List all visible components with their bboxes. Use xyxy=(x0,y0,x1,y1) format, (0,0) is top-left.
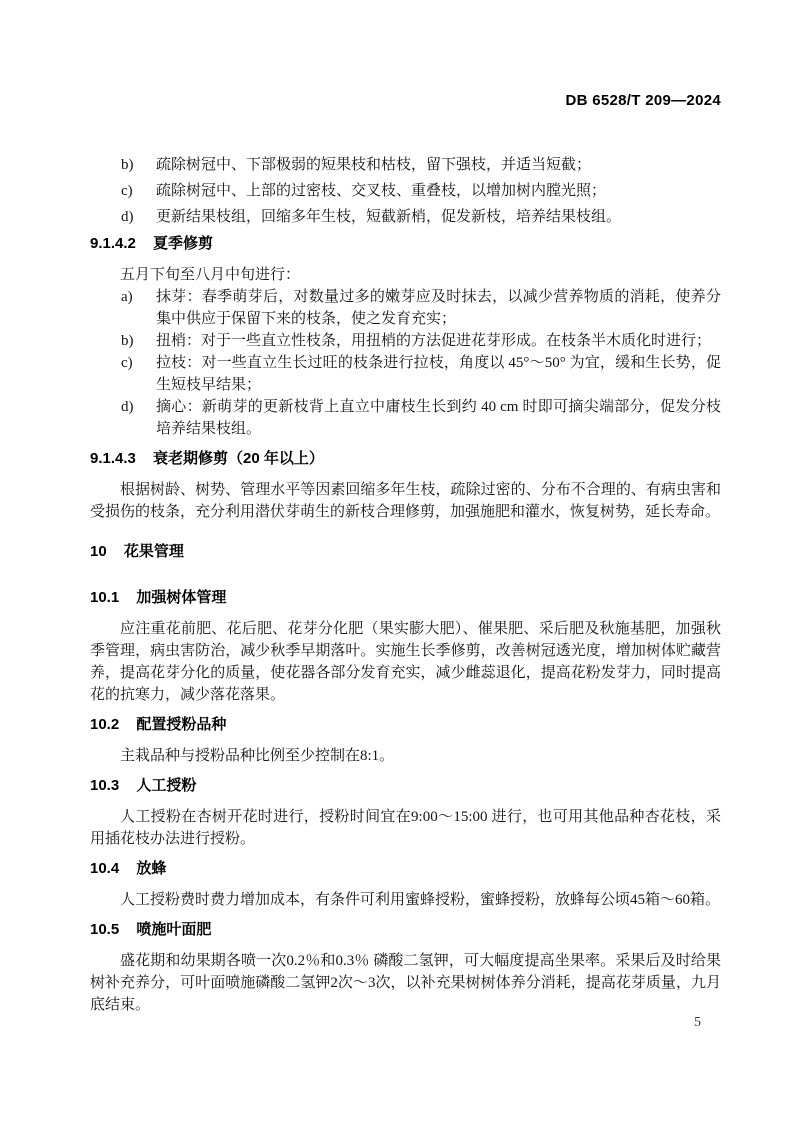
hand-pollination-paragraph: 人工授粉在杏树开花时进行，授粉时间宜在9:00～15:00 进行，也可用其他品种… xyxy=(90,806,721,850)
tree-management-paragraph: 应注重花前肥、花后肥、花芽分化肥（果实膨大肥）、催果肥、采后肥及秋施基肥，加强秋… xyxy=(90,618,721,706)
section-number: 9.1.4.2 xyxy=(90,235,136,252)
section-number: 9.1.4.3 xyxy=(90,450,136,467)
section-title: 配置授粉品种 xyxy=(136,716,226,733)
section-title: 加强树体管理 xyxy=(136,589,226,606)
section-9-1-4-3-heading: 9.1.4.3 衰老期修剪（20 年以上） xyxy=(90,448,721,470)
foliar-fertilizer-paragraph: 盛花期和幼果期各喷一次0.2％和0.3％ 磷酸二氢钾，可大幅度提高坐果率。采果后… xyxy=(90,950,721,1016)
section-title: 衰老期修剪（20 年以上） xyxy=(153,450,324,467)
list-item: d) 摘心：新萌芽的更新枝背上直立中庸枝生长到约 40 cm 时即可摘尖端部分，… xyxy=(90,396,721,440)
summer-pruning-list: a) 抹芽：春季萌芽后，对数量过多的嫩芽应及时抹去，以减少营养物质的消耗，使养分… xyxy=(90,286,721,440)
list-item-label: c) xyxy=(121,180,133,202)
list-item: b) 疏除树冠中、下部极弱的短果枝和枯枝，留下强枝，并适当短截； xyxy=(90,154,721,176)
senescent-pruning-paragraph: 根据树龄、树势、管理水平等因素回缩多年生枝，疏除过密的、分布不合理的、有病虫害和… xyxy=(90,479,721,523)
list-item-label: d) xyxy=(121,396,134,418)
section-9-1-4-2-heading: 9.1.4.2 夏季修剪 xyxy=(90,233,721,255)
list-item-text: 摘心：新萌芽的更新枝背上直立中庸枝生长到约 40 cm 时即可摘尖端部分，促发分… xyxy=(156,399,721,437)
section-title: 喷施叶面肥 xyxy=(136,921,211,938)
list-item-text: 拉枝：对一些直立生长过旺的枝条进行拉枝，角度以 45°～50° 为宜，缓和生长势… xyxy=(156,355,721,393)
autumn-winter-pruning-list: b) 疏除树冠中、下部极弱的短果枝和枯枝，留下强枝，并适当短截； c) 疏除树冠… xyxy=(90,154,721,228)
section-10-2-heading: 10.2 配置授粉品种 xyxy=(90,714,721,736)
page-number: 5 xyxy=(694,1012,701,1034)
list-item: b) 扭梢：对于一些直立性枝条，用扭梢的方法促进花芽形成。在枝条半木质化时进行； xyxy=(90,330,721,352)
summer-pruning-intro: 五月下旬至八月中旬进行： xyxy=(90,264,721,286)
list-item: d) 更新结果枝组，回缩多年生枝，短截新梢，促发新枝，培养结果枝组。 xyxy=(90,206,721,228)
list-item-label: c) xyxy=(121,352,133,374)
list-item-text: 疏除树冠中、上部的过密枝、交叉枝、重叠枝，以增加树内膛光照； xyxy=(156,183,606,199)
list-item-label: a) xyxy=(121,286,133,308)
section-10-3-heading: 10.3 人工授粉 xyxy=(90,775,721,797)
list-item: a) 抹芽：春季萌芽后，对数量过多的嫩芽应及时抹去，以减少营养物质的消耗，使养分… xyxy=(90,286,721,330)
section-title: 人工授粉 xyxy=(136,777,196,794)
section-number: 10.3 xyxy=(90,777,119,794)
list-item-label: b) xyxy=(121,330,134,352)
list-item-text: 抹芽：春季萌芽后，对数量过多的嫩芽应及时抹去，以减少营养物质的消耗，使养分集中供… xyxy=(156,289,721,327)
section-number: 10.5 xyxy=(90,921,119,938)
list-item-label: d) xyxy=(121,206,134,228)
list-item-text: 扭梢：对于一些直立性枝条，用扭梢的方法促进花芽形成。在枝条半木质化时进行； xyxy=(156,333,711,349)
list-item: c) 拉枝：对一些直立生长过旺的枝条进行拉枝，角度以 45°～50° 为宜，缓和… xyxy=(90,352,721,396)
section-title: 夏季修剪 xyxy=(153,235,213,252)
section-title: 放蜂 xyxy=(136,860,166,877)
section-number: 10.4 xyxy=(90,860,119,877)
list-item-text: 疏除树冠中、下部极弱的短果枝和枯枝，留下强枝，并适当短截； xyxy=(156,157,591,173)
document-page: DB 6528/T 209—2024 b) 疏除树冠中、下部极弱的短果枝和枯枝，… xyxy=(0,0,793,1122)
section-10-1-heading: 10.1 加强树体管理 xyxy=(90,587,721,609)
section-number: 10.1 xyxy=(90,589,119,606)
chapter-title: 花果管理 xyxy=(124,543,184,560)
section-number: 10.2 xyxy=(90,716,119,733)
list-item: c) 疏除树冠中、上部的过密枝、交叉枝、重叠枝，以增加树内膛光照； xyxy=(90,180,721,202)
document-number: DB 6528/T 209—2024 xyxy=(90,90,721,112)
list-item-label: b) xyxy=(121,154,134,176)
bee-release-paragraph: 人工授粉费时费力增加成本，有条件可利用蜜蜂授粉，蜜蜂授粉，放蜂每公顷45箱～60… xyxy=(90,889,721,911)
section-10-5-heading: 10.5 喷施叶面肥 xyxy=(90,919,721,941)
chapter-10-heading: 10 花果管理 xyxy=(90,541,721,563)
chapter-number: 10 xyxy=(90,543,107,560)
pollinizer-ratio-paragraph: 主栽品种与授粉品种比例至少控制在8:1。 xyxy=(90,745,721,767)
section-10-4-heading: 10.4 放蜂 xyxy=(90,858,721,880)
list-item-text: 更新结果枝组，回缩多年生枝，短截新梢，促发新枝，培养结果枝组。 xyxy=(156,209,621,225)
